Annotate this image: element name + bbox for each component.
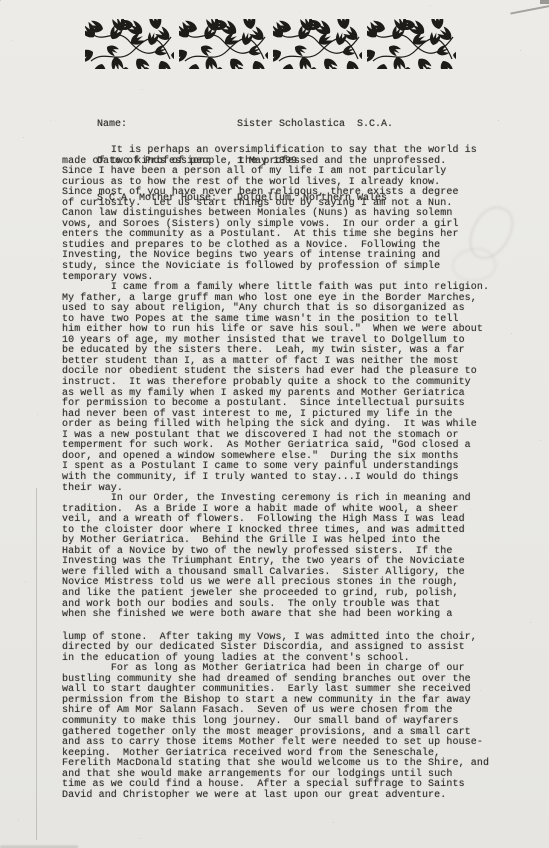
- leaf-vine-ornament-icon: [273, 19, 362, 69]
- paragraph-2: I came from a family where little faith …: [62, 283, 502, 494]
- field-label: Name:: [97, 119, 237, 131]
- leaf-vine-ornament-icon: [85, 19, 174, 69]
- document-page: Name: Sister Scholastica S.C.A. Date of …: [0, 0, 549, 848]
- document-body: It is perhaps an oversimplification to s…: [62, 146, 502, 801]
- paragraph-3: In our Order, the Investing ceremony is …: [62, 494, 502, 621]
- leaf-vine-ornament-icon: [179, 19, 268, 69]
- paragraph-5: For as long as Mother Geriatrica had bee…: [62, 664, 502, 801]
- paragraph-4: lump of stone. After taking my Vows, I w…: [62, 633, 502, 665]
- paragraph-1: It is perhaps an oversimplification to s…: [62, 146, 502, 283]
- scan-artifact-left-line: [36, 488, 37, 840]
- field-value: Sister Scholastica S.C.A.: [237, 119, 393, 131]
- scan-artifact-corner-mark: [540, 0, 549, 4]
- header-field-name: Name: Sister Scholastica S.C.A.: [97, 119, 393, 131]
- scan-artifact-diagonal-line: [510, 3, 549, 14]
- ornament-row: [85, 19, 456, 69]
- leaf-vine-ornament-icon: [367, 19, 456, 69]
